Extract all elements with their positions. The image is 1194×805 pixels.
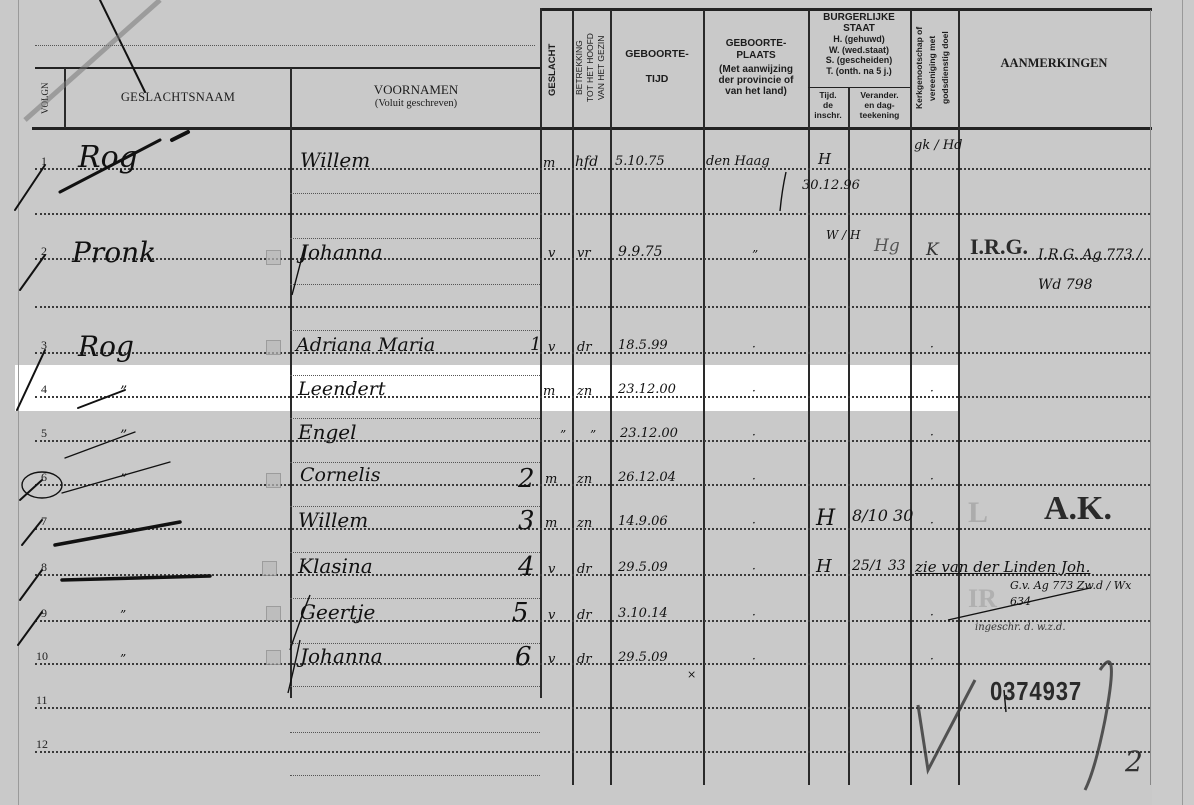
row1-civil-date: 30.12.96: [802, 178, 860, 193]
stamp-box-icon: [266, 340, 281, 355]
row1-religion: gk / Hd: [914, 138, 963, 154]
row10-birth-place: ·: [752, 652, 756, 666]
row2-relation: vr: [577, 246, 591, 261]
row7-child-no: 3: [518, 506, 535, 536]
row2-religion: K: [926, 240, 939, 260]
row10-surname: ”: [120, 652, 126, 666]
row4-given: Leendert: [298, 378, 385, 400]
row8-birth-place: ·: [752, 562, 756, 576]
row9-religion: ·: [930, 608, 934, 622]
row3-surname: Rog: [78, 330, 134, 363]
row8-sex: v: [548, 562, 555, 577]
row4-relation: zn: [577, 384, 592, 399]
row9-birth-place: ·: [752, 608, 756, 622]
row6-religion: ·: [930, 472, 934, 486]
row7-civil-date: 8/10 30: [852, 506, 913, 525]
row4-sex: m: [543, 384, 555, 399]
row9-child-no: 5: [512, 598, 529, 628]
irg-stamp: I.R.G.: [970, 234, 1028, 260]
row9-birth-date: 3.10.14: [618, 606, 668, 621]
row9-surname: ”: [120, 608, 126, 622]
faded-stamp-l: L: [968, 496, 988, 530]
row5-birth-place: ·: [752, 428, 756, 442]
row4-religion: ·: [930, 384, 934, 398]
row3-religion: ·: [930, 340, 934, 354]
row8-birth-date: 29.5.09: [618, 560, 668, 575]
row7-religion: ·: [930, 516, 934, 530]
row2-given: Johanna: [300, 240, 383, 264]
row2-birth-date: 9.9.75: [618, 244, 663, 260]
row8-relation: dr: [577, 562, 592, 577]
row8-civil-status: H: [816, 556, 832, 577]
stamp-box-icon: [266, 473, 281, 488]
row1-surname: Rog: [78, 140, 138, 175]
row5-birth-date: 23.12.00: [620, 426, 678, 441]
row9-remarks: ingeschr. d. w.z.d.: [975, 622, 1066, 633]
row3-sex: v: [548, 340, 555, 355]
row7-sex: m: [545, 516, 557, 531]
stamp-box-icon: [262, 561, 277, 576]
row6-birth-place: ·: [752, 472, 756, 486]
row2-sex: v: [548, 246, 555, 261]
ak-stamp: A.K.: [1044, 490, 1112, 528]
row4-birth-date: 23.12.00: [618, 382, 676, 397]
row10-religion: ·: [930, 652, 934, 666]
row9-sex: v: [548, 608, 555, 623]
stamp-box-icon: [266, 250, 281, 265]
row8-given: Klasina: [298, 554, 373, 578]
row5-religion: ·: [930, 428, 934, 442]
row10-given: Johanna: [300, 644, 383, 668]
row3-relation: dr: [577, 340, 592, 355]
row1-civil-status: H: [818, 150, 831, 168]
row8-change: zie van der Linden Joh.: [915, 558, 1090, 576]
row7-relation: zn: [577, 516, 592, 531]
row10-birth-date: 29.5.09: [618, 650, 668, 665]
row4-surname: ”: [120, 384, 127, 400]
paper-edge: [1152, 0, 1194, 805]
stamp-box-icon: [266, 606, 281, 621]
row9-given: Geertje: [300, 600, 375, 624]
paper-edge-line: [1182, 0, 1183, 805]
row3-given: Adriana Maria: [296, 334, 435, 356]
row8-remarks: G.v. Ag 773 Zw.d / Wx 634: [1010, 578, 1150, 610]
x-mark: ×: [687, 668, 696, 681]
row7-birth-date: 14.9.06: [618, 514, 668, 529]
row7-given: Willem: [298, 508, 368, 532]
card-number-stamp: 0374937: [990, 676, 1082, 707]
row1-sex: m: [543, 156, 555, 171]
row2-civil-status: W / H: [826, 228, 860, 242]
row2-birth-place: ”: [752, 248, 758, 262]
row6-birth-date: 26.12.04: [618, 470, 676, 485]
row2-remarks: I.R.G. Ag 773 / Wd 798: [1038, 240, 1153, 300]
row8-civil-date: 25/1 33: [852, 558, 906, 574]
row6-sex: m: [545, 472, 557, 487]
row1-relation: hfd: [575, 154, 598, 170]
row7-birth-place: ·: [752, 516, 756, 530]
faded-stamp-ir: IR: [968, 584, 997, 614]
row10-sex: v: [548, 652, 555, 667]
row9-relation: dr: [577, 608, 592, 623]
row2-surname: Pronk: [72, 236, 156, 269]
row4-birth-place: ·: [752, 384, 756, 398]
row3-child-no: 1: [530, 334, 541, 355]
row6-relation: zn: [577, 472, 592, 487]
row6-given: Cornelis: [300, 464, 380, 486]
row3-birth-place: ·: [752, 340, 756, 354]
row7-civil-status: H: [816, 506, 835, 531]
row3-birth-date: 18.5.99: [618, 338, 668, 353]
row1-birth-date: 5.10.75: [615, 154, 665, 169]
row10-child-no: 6: [515, 642, 532, 672]
row2-change: Hg: [874, 236, 900, 256]
row10-relation: dr: [577, 652, 592, 667]
row5-sex: ”: [560, 428, 566, 442]
row1-birth-place: den Haag: [706, 154, 770, 169]
stamp-box-icon: [266, 650, 281, 665]
row6-surname: ”: [120, 472, 127, 488]
row5-relation: ”: [590, 428, 596, 442]
row5-surname: ”: [120, 428, 127, 444]
row6-child-no: 2: [518, 464, 535, 494]
row8-child-no: 4: [518, 552, 535, 582]
row5-given: Engel: [298, 420, 357, 444]
row1-given: Willem: [300, 148, 370, 172]
corner-mark: 2: [1125, 745, 1143, 778]
